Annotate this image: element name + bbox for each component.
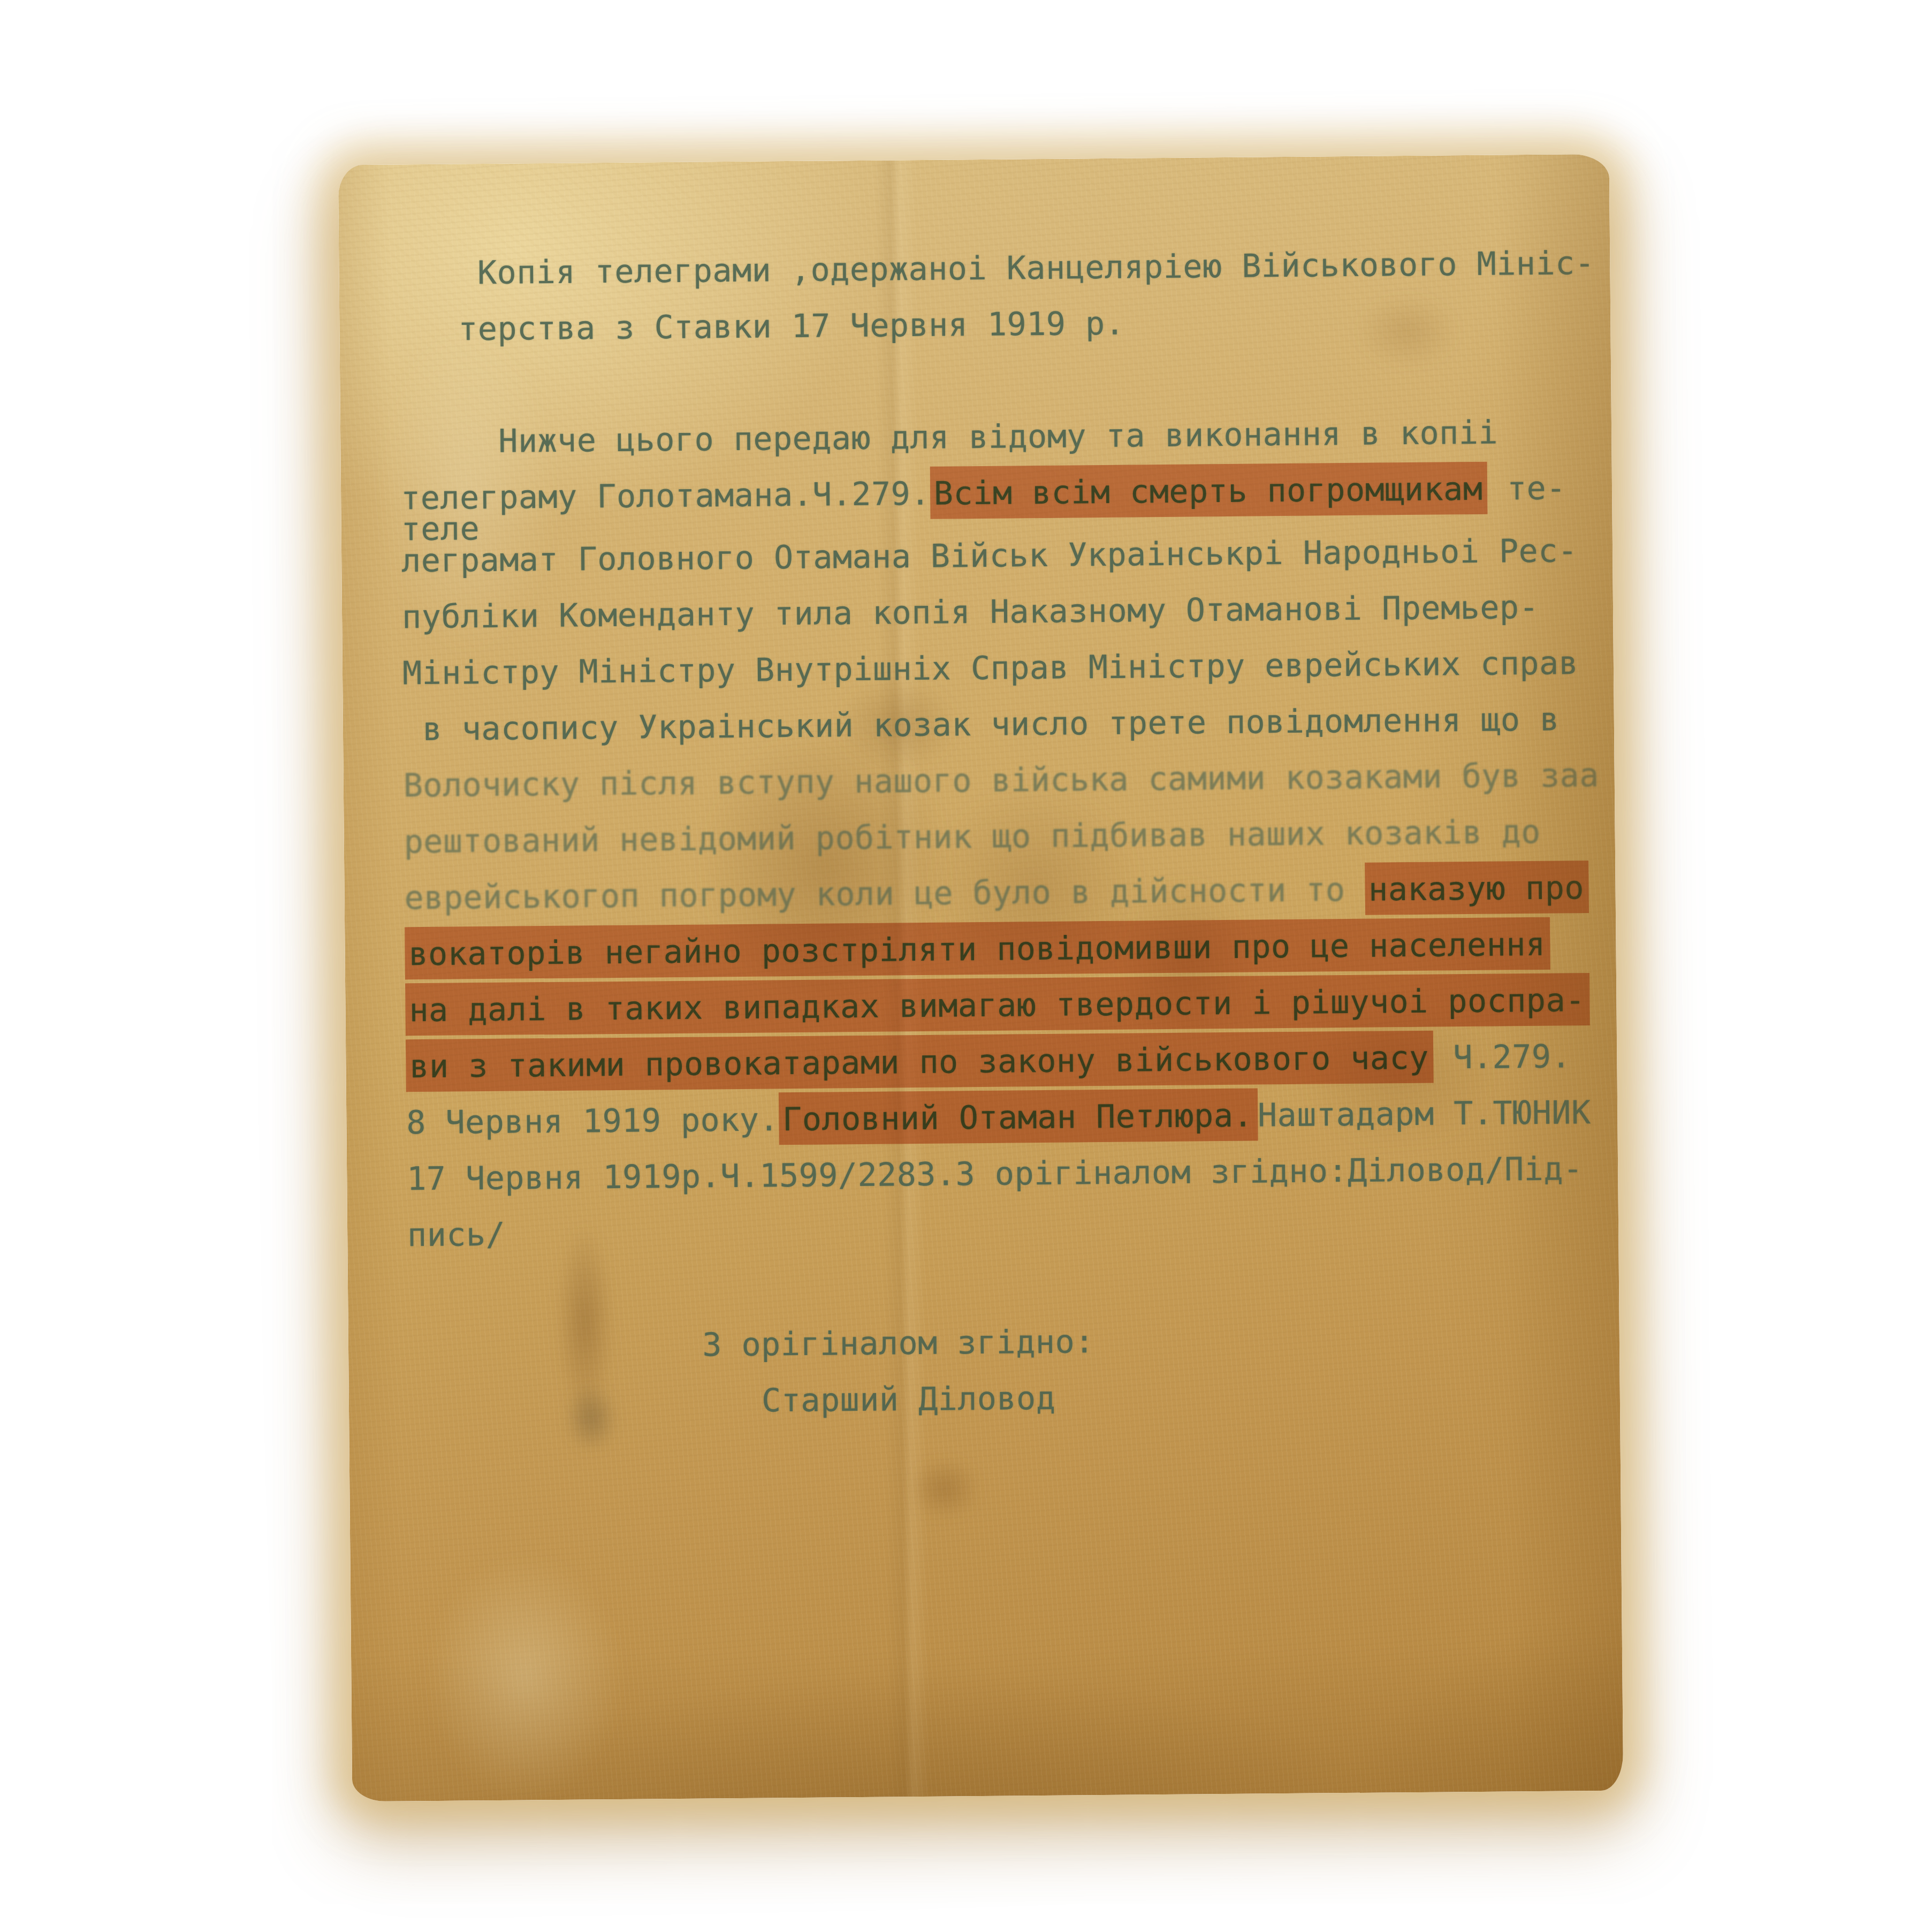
highlighted-text: наказую про xyxy=(1365,861,1589,915)
document-line: в часопису Украінський козак число трете… xyxy=(402,691,1623,758)
typewritten-text: леграмат Головного Отамана Військ Украін… xyxy=(401,532,1578,580)
typewritten-text: пись/ xyxy=(407,1216,506,1254)
typewritten-text: в часопису Украінський козак число трете… xyxy=(403,701,1560,749)
document-line: еврейськогоп погрому коли це було в дійс… xyxy=(404,859,1623,926)
document-line: 17 Червня 1919р.Ч.1599/2283.З орігіналом… xyxy=(407,1140,1624,1207)
document-line: 8 Червня 1919 року.Головний Отаман Петлю… xyxy=(406,1084,1623,1151)
document-line: Старший Діловод xyxy=(408,1365,1623,1432)
document-line: Копія телеграми ,одержаноі Канцеляріею В… xyxy=(399,235,1619,302)
document-line: рештований невідомий робітник що підбива… xyxy=(404,804,1623,871)
typewritten-text: З орігіналом згідно: xyxy=(408,1323,1094,1366)
typewritten-text: Волочиску після вступу нашого війська са… xyxy=(404,757,1600,804)
document-line: публіки Коменданту тила копія Наказному … xyxy=(402,579,1623,646)
typewritten-text: 17 Червня 1919р.Ч.1599/2283.З орігіналом… xyxy=(407,1150,1583,1198)
typewritten-text: Ч.279. xyxy=(1433,1038,1571,1076)
blank-line xyxy=(408,1253,1624,1320)
highlighted-text: на далі в таких випадках вимагаю твердос… xyxy=(405,973,1590,1036)
document-line: леграмат Головного Отамана Військ Украін… xyxy=(401,523,1622,590)
paper-stain xyxy=(903,1452,987,1525)
document-line: Волочиску після вступу нашого війська са… xyxy=(403,748,1623,815)
document-line: Нижче цього передаю для відому та викона… xyxy=(400,404,1621,471)
blank-line xyxy=(400,348,1621,415)
document-line: З орігіналом згідно: xyxy=(408,1309,1624,1376)
highlighted-text: ви з такими провокатарами по закону війс… xyxy=(406,1031,1434,1092)
typewritten-text: публіки Коменданту тила копія Наказному … xyxy=(402,589,1539,636)
typewritten-text: те- xyxy=(1487,469,1566,507)
scanned-document-canvas: Копія телеграми ,одержаноі Канцеляріею В… xyxy=(0,0,1932,1932)
document-line: пись/ xyxy=(407,1197,1624,1264)
typewritten-text: Міністру Міністру Внутрішніх Справ Мініс… xyxy=(402,644,1579,692)
typewritten-text: Нижче цього передаю для відому та викона… xyxy=(400,414,1498,461)
highlighted-text: вокаторів негайно розстріляти повідомивш… xyxy=(405,917,1550,980)
document-line: Міністру Міністру Внутрішніх Справ Мініс… xyxy=(402,635,1623,702)
document-paper: Копія телеграми ,одержаноі Канцеляріею В… xyxy=(338,154,1624,1802)
document-line: ви з такими провокатарами по закону війс… xyxy=(406,1028,1623,1095)
highlighted-text: Головний Отаман Петлюра. xyxy=(779,1088,1258,1145)
document-text: Копія телеграми ,одержаноі Канцеляріею В… xyxy=(399,235,1623,1433)
paper-worn-light-patch xyxy=(409,1533,642,1802)
typewritten-text: Старший Діловод xyxy=(409,1380,1056,1423)
document-line: вокаторів негайно розстріляти повідомивш… xyxy=(405,916,1623,983)
typewritten-text: 8 Червня 1919 року. xyxy=(406,1101,779,1142)
typewritten-text: Копія телеграми ,одержаноі Канцеляріею В… xyxy=(399,245,1595,292)
typewritten-text: рештований невідомий робітник що підбива… xyxy=(404,813,1541,861)
document-line: терства з Ставки 17 Червня 1919 р. xyxy=(399,292,1620,359)
document-line: на далі в таких випадках вимагаю твердос… xyxy=(405,972,1623,1039)
typewritten-text: терства з Ставки 17 Червня 1919 р. xyxy=(399,305,1125,349)
typewritten-text: Наштадарм Т.ТЮНИК xyxy=(1258,1094,1591,1134)
typewritten-text: еврейськогоп погрому коли це було в дійс… xyxy=(404,871,1365,917)
